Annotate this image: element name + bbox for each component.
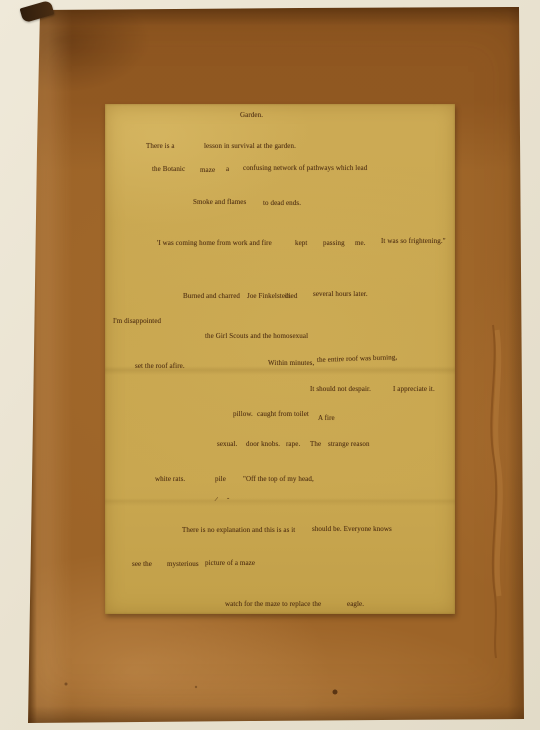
- poem-fragment: white rats.: [155, 476, 185, 484]
- poem-fragment: -: [227, 495, 229, 503]
- poem-fragment: Burned and charred: [183, 293, 240, 301]
- poem-fragment: kept: [295, 240, 307, 248]
- poem-fragment: me.: [355, 240, 366, 248]
- poem-fragment: Smoke and flames: [193, 199, 246, 207]
- poem-fragment: sexual.: [217, 441, 237, 449]
- poem-fragment: the entire roof was burning,: [317, 354, 398, 364]
- poem-fragment: There is a: [146, 143, 175, 151]
- poem-fragment: the Botanic: [152, 166, 185, 174]
- poem-fragment: watch for the maze to replace the: [225, 601, 321, 609]
- poem-fragment: /: [214, 496, 219, 504]
- poem-fragment: maze: [200, 167, 215, 175]
- poem-fragment: pile: [215, 476, 226, 484]
- poem-fragment: set the roof afire.: [135, 363, 185, 371]
- dark-speck: [195, 686, 197, 688]
- poem-fragment: I appreciate it.: [393, 386, 435, 394]
- dark-speck: [65, 683, 68, 686]
- board: Garden.There is alesson in survival at t…: [0, 0, 540, 730]
- poem-fragment: rape.: [286, 441, 300, 449]
- poem-fragment: picture of a maze: [205, 560, 255, 568]
- poem-fragment: passing: [323, 240, 345, 248]
- poem-fragment: the Girl Scouts and the homosexual: [205, 333, 308, 341]
- poem-fragment: lesson in survival at the garden.: [204, 143, 296, 151]
- water-stain: [491, 325, 496, 658]
- poem-fragment: several hours later.: [313, 291, 368, 299]
- poem-fragment: door knobs.: [246, 441, 280, 449]
- poem-fragment: see the: [132, 561, 152, 569]
- poem-fragment: It was so frightening.": [381, 238, 446, 246]
- water-stain-halo: [496, 330, 501, 596]
- poem-fragment: A fire: [318, 415, 335, 423]
- poem-fragment: a: [226, 166, 229, 174]
- poem-fragment: should be. Everyone knows: [312, 526, 392, 534]
- poem-fragment: It should not despair.: [310, 386, 371, 394]
- poem-fragment: Within minutes,: [268, 360, 314, 368]
- poem-fragment: "Off the top of my head,: [243, 476, 314, 484]
- poem-fragment: confusing network of pathways which lead: [243, 165, 367, 173]
- poem-fragment: I'm disappointed: [113, 318, 161, 326]
- poem-fragment: There is no explanation and this is as i…: [182, 527, 295, 535]
- poem-fragment: to dead ends.: [263, 200, 301, 208]
- poem-fragment: strange reason: [328, 441, 370, 449]
- poem-fragment: mysterious: [167, 561, 199, 569]
- poem-fragment: eagle.: [347, 601, 364, 609]
- poem-fragment: caught from toilet: [257, 411, 309, 419]
- poem-fragment: pillow.: [233, 411, 253, 419]
- poem-fragment: 'I was coming home from work and fire: [157, 240, 272, 248]
- photo-background: Garden.There is alesson in survival at t…: [0, 0, 540, 730]
- poem-fragment: The: [310, 441, 321, 449]
- dark-speck: [333, 690, 338, 695]
- poem-fragment: died: [285, 293, 297, 301]
- poem-fragment: Garden.: [240, 112, 263, 120]
- poem-paper: Garden.There is alesson in survival at t…: [105, 104, 455, 614]
